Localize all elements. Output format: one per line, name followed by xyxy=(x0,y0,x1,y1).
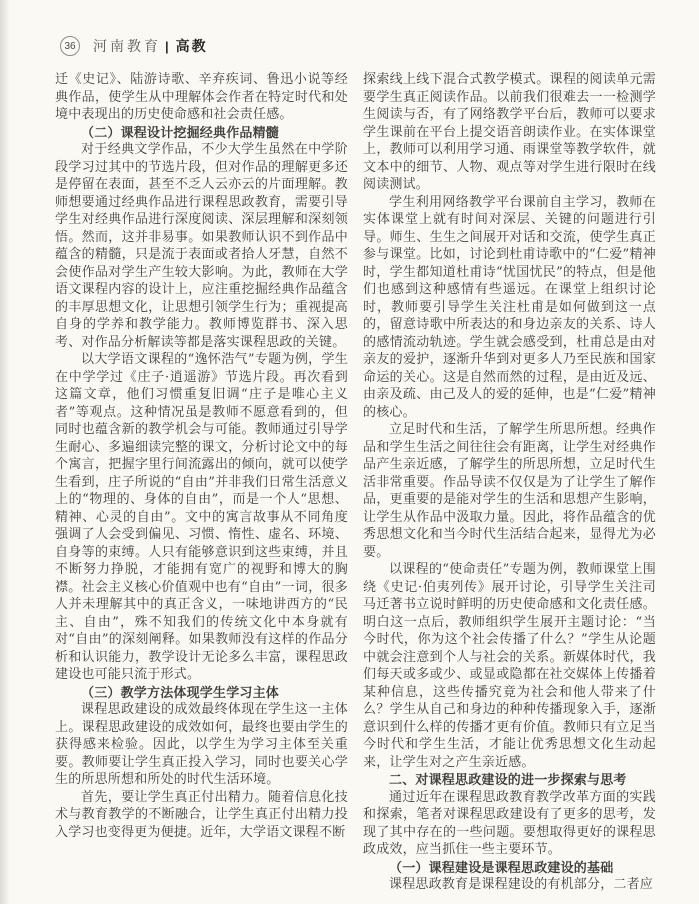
paragraph: 通过近年在课程思政教育教学改革方面的实践和探索，笔者对课程思政建设有了更多的思考… xyxy=(363,789,656,859)
subheading: （三）教学方法体现学生学习主体 xyxy=(55,684,348,702)
page-header: 36 河南教育 | 高教 xyxy=(60,36,208,56)
paragraph: 迁《史记》、陆游诗歌、辛弃疾词、鲁迅小说等经典作品，使学生从中理解体会作者在特定… xyxy=(55,71,348,124)
article-body: 迁《史记》、陆游诗歌、辛弃疾词、鲁迅小说等经典作品，使学生从中理解体会作者在特定… xyxy=(55,71,656,894)
subheading: （一）课程建设是课程思政建设的基础 xyxy=(363,859,656,877)
journal-page: 36 河南教育 | 高教 迁《史记》、陆游诗歌、辛弃疾词、鲁迅小说等经典作品，使… xyxy=(0,0,699,904)
paragraph: 以大学语文课程的“逸怀浩气”专题为例，学生在中学学过《庄子·逍遥游》节选片段。再… xyxy=(55,351,348,684)
paragraph: 以课程的“使命责任”专题为例，教师课堂上围绕《史记·伯夷列传》展开讨论，引导学生… xyxy=(363,561,656,771)
subheading: （二）课程设计挖掘经典作品精髓 xyxy=(55,124,348,142)
paragraph: 学生利用网络教学平台课前自主学习，教师在实体课堂上就有时间对深层、关键的问题进行… xyxy=(363,194,656,422)
section-name: 高教 xyxy=(176,36,208,56)
subheading: 二、对课程思政建设的进一步探索与思考 xyxy=(363,771,656,789)
left-column: 迁《史记》、陆游诗歌、辛弃疾词、鲁迅小说等经典作品，使学生从中理解体会作者在特定… xyxy=(55,71,348,894)
journal-name: 河南教育 xyxy=(93,36,161,56)
paragraph: 首先，要让学生真正付出精力。随着信息化技术与教育教学的不断融合，让学生真正付出精… xyxy=(55,789,348,842)
right-column: 探索线上线下混合式教学模式。课程的阅读单元需要学生真正阅读作品。以前我们很难去一… xyxy=(363,71,656,894)
paragraph: 探索线上线下混合式教学模式。课程的阅读单元需要学生真正阅读作品。以前我们很难去一… xyxy=(363,71,656,194)
paragraph: 对于经典文学作品，不少大学生虽然在中学阶段学习过其中的节选片段，但对作品的理解更… xyxy=(55,141,348,351)
paragraph: 课程思政建设的成效最终体现在学生这一主体上。课程思政建设的成效如何，最终也要由学… xyxy=(55,701,348,789)
paragraph: 课程思政教育是课程建设的有机部分，二者应 xyxy=(363,876,656,894)
page-number-badge: 36 xyxy=(60,36,80,56)
header-divider: | xyxy=(165,39,169,54)
paragraph: 立足时代和生活，了解学生所思所想。经典作品和学生生活之间往往会有距离，让学生对经… xyxy=(363,421,656,561)
